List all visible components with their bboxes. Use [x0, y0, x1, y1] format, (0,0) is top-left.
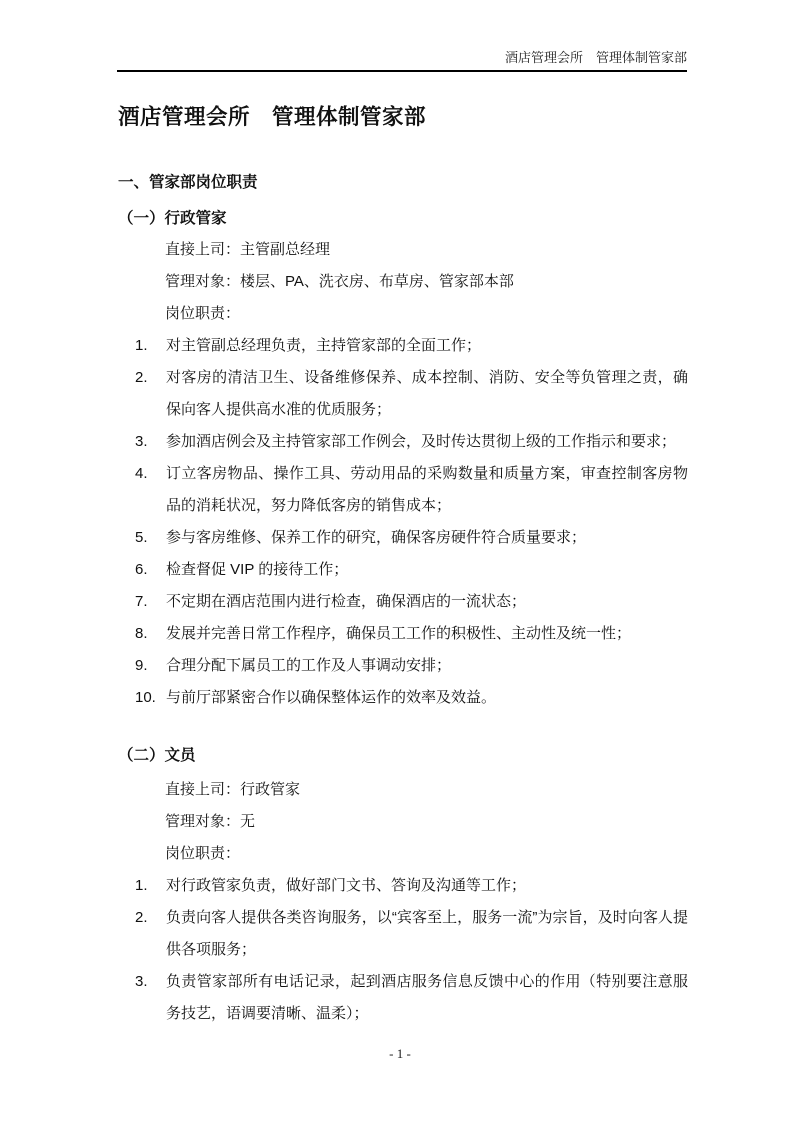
list-item-number: 3.	[135, 966, 166, 1030]
header-rule	[117, 70, 687, 72]
page-number: - 1 -	[0, 1046, 800, 1062]
list-item: 8. 发展并完善日常工作程序，确保员工工作的积极性、主动性及统一性；	[118, 618, 688, 650]
list-item: 3. 参加酒店例会及主持管家部工作例会，及时传达贯彻上级的工作指示和要求；	[118, 426, 688, 458]
list-item-number: 10.	[135, 682, 166, 714]
list-item: 2. 对客房的清洁卫生、设备维修保养、成本控制、消防、安全等负管理之责，确保向客…	[118, 362, 688, 426]
list-item-text: 检查督促 VIP 的接待工作；	[166, 554, 688, 586]
duty-list-2: 1. 对行政管家负责，做好部门文书、答询及沟通等工作； 2. 负责向客人提供各类…	[118, 870, 688, 1030]
list-item-text: 参加酒店例会及主持管家部工作例会，及时传达贯彻上级的工作指示和要求；	[166, 426, 688, 458]
label-group-2: 直接上司：行政管家 管理对象：无 岗位职责：	[118, 774, 688, 870]
list-item: 2. 负责向客人提供各类咨询服务，以“宾客至上，服务一流”为宗旨，及时向客人提供…	[118, 902, 688, 966]
list-item-text: 与前厅部紧密合作以确保整体运作的效率及效益。	[166, 682, 688, 714]
list-item-number: 6.	[135, 554, 166, 586]
list-item: 6. 检查督促 VIP 的接待工作；	[118, 554, 688, 586]
list-item: 1. 对行政管家负责，做好部门文书、答询及沟通等工作；	[118, 870, 688, 902]
label-managed-objects: 管理对象：楼层、PA、洗衣房、布草房、管家部本部	[118, 266, 688, 298]
section-heading-main: 一、管家部岗位职责	[118, 168, 688, 198]
duty-list-1: 1. 对主管副总经理负责，主持管家部的全面工作； 2. 对客房的清洁卫生、设备维…	[118, 330, 688, 714]
list-item-text: 负责管家部所有电话记录，起到酒店服务信息反馈中心的作用（特别要注意服务技艺，语调…	[166, 966, 688, 1030]
list-item-text: 参与客房维修、保养工作的研究，确保客房硬件符合质量要求；	[166, 522, 688, 554]
list-item-number: 4.	[135, 458, 166, 522]
list-item: 10. 与前厅部紧密合作以确保整体运作的效率及效益。	[118, 682, 688, 714]
list-item: 3. 负责管家部所有电话记录，起到酒店服务信息反馈中心的作用（特别要注意服务技艺…	[118, 966, 688, 1030]
label-supervisor: 直接上司：主管副总经理	[118, 234, 688, 266]
list-item-text: 不定期在酒店范围内进行检查，确保酒店的一流状态；	[166, 586, 688, 618]
list-item-number: 1.	[135, 330, 166, 362]
list-item: 4. 订立客房物品、操作工具、劳动用品的采购数量和质量方案，审查控制客房物品的消…	[118, 458, 688, 522]
label-group-1: 直接上司：主管副总经理 管理对象：楼层、PA、洗衣房、布草房、管家部本部 岗位职…	[118, 234, 688, 330]
subsection-heading-1: （一）行政管家	[118, 204, 688, 234]
list-item-text: 订立客房物品、操作工具、劳动用品的采购数量和质量方案，审查控制客房物品的消耗状况…	[166, 458, 688, 522]
list-item-number: 2.	[135, 362, 166, 426]
label-duties: 岗位职责：	[118, 838, 688, 870]
list-item-number: 9.	[135, 650, 166, 682]
list-item-number: 5.	[135, 522, 166, 554]
list-item-text: 负责向客人提供各类咨询服务，以“宾客至上，服务一流”为宗旨，及时向客人提供各项服…	[166, 902, 688, 966]
list-item-text: 对主管副总经理负责，主持管家部的全面工作；	[166, 330, 688, 362]
list-item-number: 1.	[135, 870, 166, 902]
list-item: 5. 参与客房维修、保养工作的研究，确保客房硬件符合质量要求；	[118, 522, 688, 554]
list-item-text: 对客房的清洁卫生、设备维修保养、成本控制、消防、安全等负管理之责，确保向客人提供…	[166, 362, 688, 426]
page-header-text: 酒店管理会所 管理体制管家部	[118, 47, 687, 66]
list-item-number: 8.	[135, 618, 166, 650]
list-item-text: 合理分配下属员工的工作及人事调动安排；	[166, 650, 688, 682]
label-managed-objects: 管理对象：无	[118, 806, 688, 838]
label-duties: 岗位职责：	[118, 298, 688, 330]
list-item-text: 对行政管家负责，做好部门文书、答询及沟通等工作；	[166, 870, 688, 902]
list-item-number: 3.	[135, 426, 166, 458]
document-body: 一、管家部岗位职责 （一）行政管家 直接上司：主管副总经理 管理对象：楼层、PA…	[118, 168, 688, 1030]
list-item: 9. 合理分配下属员工的工作及人事调动安排；	[118, 650, 688, 682]
document-page: 酒店管理会所 管理体制管家部 酒店管理会所 管理体制管家部 一、管家部岗位职责 …	[0, 0, 800, 1132]
list-item-number: 2.	[135, 902, 166, 966]
subsection-heading-2: （二）文员	[118, 741, 688, 771]
document-title: 酒店管理会所 管理体制管家部	[118, 100, 426, 131]
label-supervisor: 直接上司：行政管家	[118, 774, 688, 806]
list-item-number: 7.	[135, 586, 166, 618]
list-item: 7. 不定期在酒店范围内进行检查，确保酒店的一流状态；	[118, 586, 688, 618]
list-item: 1. 对主管副总经理负责，主持管家部的全面工作；	[118, 330, 688, 362]
list-item-text: 发展并完善日常工作程序，确保员工工作的积极性、主动性及统一性；	[166, 618, 688, 650]
